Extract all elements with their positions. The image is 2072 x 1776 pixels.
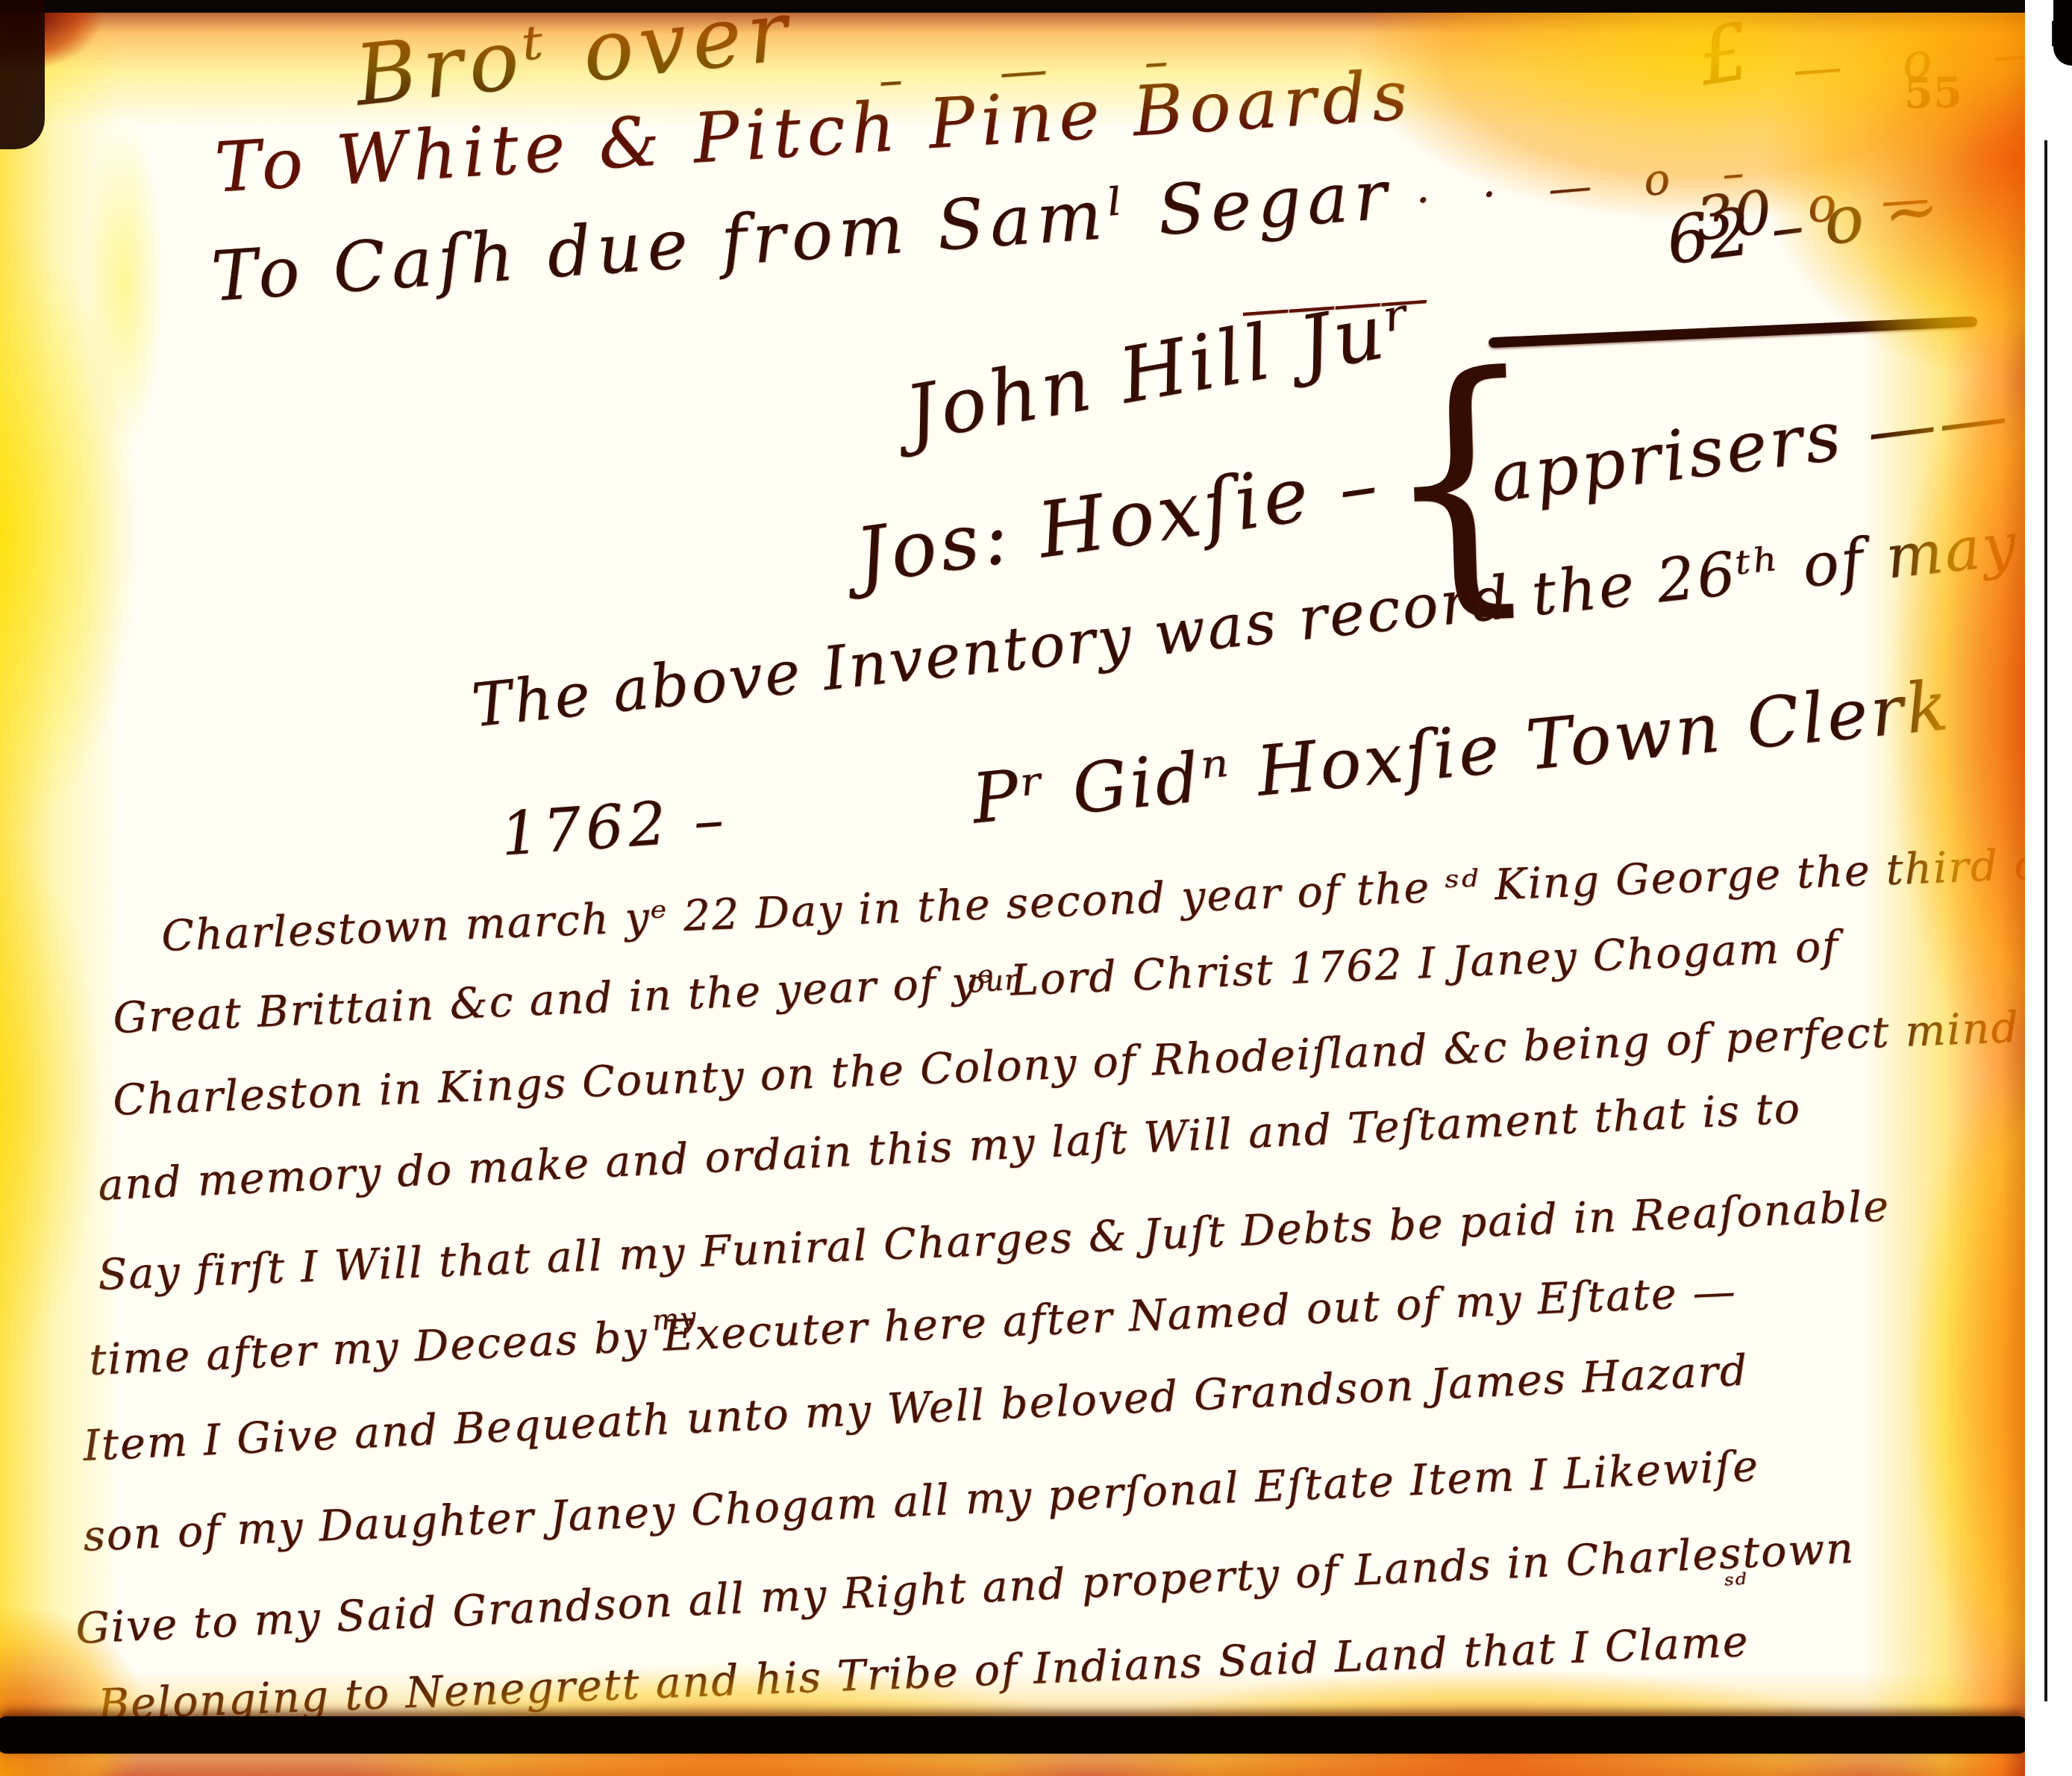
scan-edge-top [0,0,2072,13]
town-clerk-signature: Pʳ Gidⁿ Hoxſie Town Clerk [968,666,1954,839]
appriser-signature-john-hill: John Hill Juʳ [899,282,1423,459]
appriser-signature-jos-hoxsie: Jos: Hoxſie – [851,440,1386,601]
record-year: 1762 – [498,784,730,869]
total-sum-rule [1489,316,1977,348]
scan-margin-right [2025,0,2072,1776]
page-number: 55 [1903,68,1962,118]
scan-corner-smudge [0,0,45,149]
pound-currency-mark: £ [1692,6,1755,104]
scan-edge-bottom [0,1716,2025,1754]
interline-insertion-our: our [966,963,1019,999]
scan-corner-blob [2053,0,2072,66]
interline-insertion-my: my [651,1301,698,1337]
binding-line [2044,140,2047,1701]
scanned-manuscript-page: Broᵗ over – — – £ — o — To White & Pitch… [0,0,2072,1776]
interline-insertion-sd: ˢᵈ [1724,1567,1748,1601]
apprisers-label: apprisers —— [1486,375,2015,519]
